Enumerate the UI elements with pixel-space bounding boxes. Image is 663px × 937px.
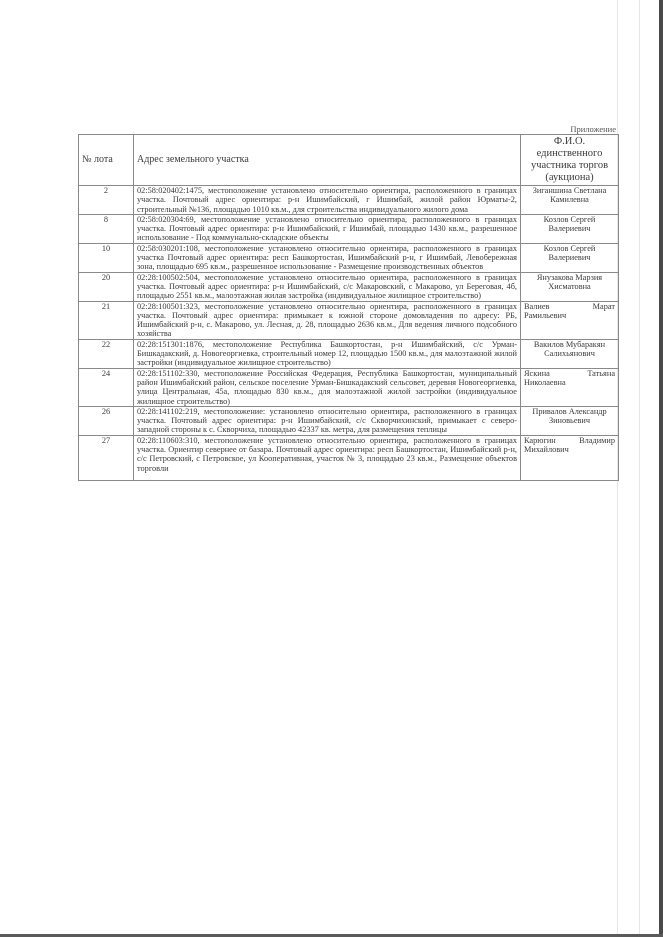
lot-number: 27 (79, 435, 134, 480)
participant-name: Карюгин Владимир Михайлович (521, 435, 619, 480)
participant-name: Зиганшина Светлана Камилевна (521, 186, 619, 215)
lot-address: 02:28:100502:504, местоположение установ… (134, 272, 521, 301)
lot-address: 02:28:110603:310, местоположение установ… (134, 435, 521, 480)
lots-table: № лота Адрес земельного участка Ф.И.О. е… (78, 134, 619, 481)
participant-name: Яскина Татьяна Николаевна (521, 368, 619, 406)
lot-address: 02:58:030201:108, местоположение установ… (134, 243, 521, 272)
lot-address: 02:58:020402:1475, местоположение устано… (134, 186, 521, 215)
participant-name: Янузакова Марзия Хисматовна (521, 272, 619, 301)
header-lot-number: № лота (79, 135, 134, 186)
table-row: 8 02:58:020304:69, местоположение устано… (79, 214, 619, 243)
header-participant-name: Ф.И.О. единственного участника торгов (а… (521, 135, 619, 186)
lot-address: 02:28:100501:323, местоположение установ… (134, 301, 521, 339)
participant-name: Валиев Марат Рамильевич (521, 301, 619, 339)
lot-number: 24 (79, 368, 134, 406)
table-row: 27 02:28:110603:310, местоположение уста… (79, 435, 619, 480)
header-address: Адрес земельного участка (134, 135, 521, 186)
page-edge (659, 0, 663, 937)
lot-address: 02:28:151301:1876, местоположение Респуб… (134, 339, 521, 368)
lot-number: 20 (79, 272, 134, 301)
lot-number: 21 (79, 301, 134, 339)
appendix-label: Приложение (560, 124, 616, 134)
lot-number: 26 (79, 406, 134, 435)
participant-name: Козлов Сергей Валериевич (521, 243, 619, 272)
scan-artifact-line (639, 0, 640, 937)
lot-number: 10 (79, 243, 134, 272)
participant-name: Козлов Сергей Валериевич (521, 214, 619, 243)
table-header-row: № лота Адрес земельного участка Ф.И.О. е… (79, 135, 619, 186)
table-row: 10 02:58:030201:108, местоположение уста… (79, 243, 619, 272)
table-row: 21 02:28:100501:323, местоположение уста… (79, 301, 619, 339)
table-row: 24 02:28:151102:330, местоположение Росс… (79, 368, 619, 406)
table-row: 2 02:58:020402:1475, местоположение уста… (79, 186, 619, 215)
lot-address: 02:58:020304:69, местоположение установл… (134, 214, 521, 243)
lot-number: 22 (79, 339, 134, 368)
lot-number: 8 (79, 214, 134, 243)
table-row: 20 02:28:100502:504, местоположение уста… (79, 272, 619, 301)
table-row: 26 02:28:141102:219, местоположение: уст… (79, 406, 619, 435)
participant-name: Вакилов Мубаракян Салихьянович (521, 339, 619, 368)
table-row: 22 02:28:151301:1876, местоположение Рес… (79, 339, 619, 368)
lot-address: 02:28:151102:330, местоположение Российс… (134, 368, 521, 406)
lot-number: 2 (79, 186, 134, 215)
lot-address: 02:28:141102:219, местоположение: устано… (134, 406, 521, 435)
participant-name: Привалов Александр Зиновьевич (521, 406, 619, 435)
